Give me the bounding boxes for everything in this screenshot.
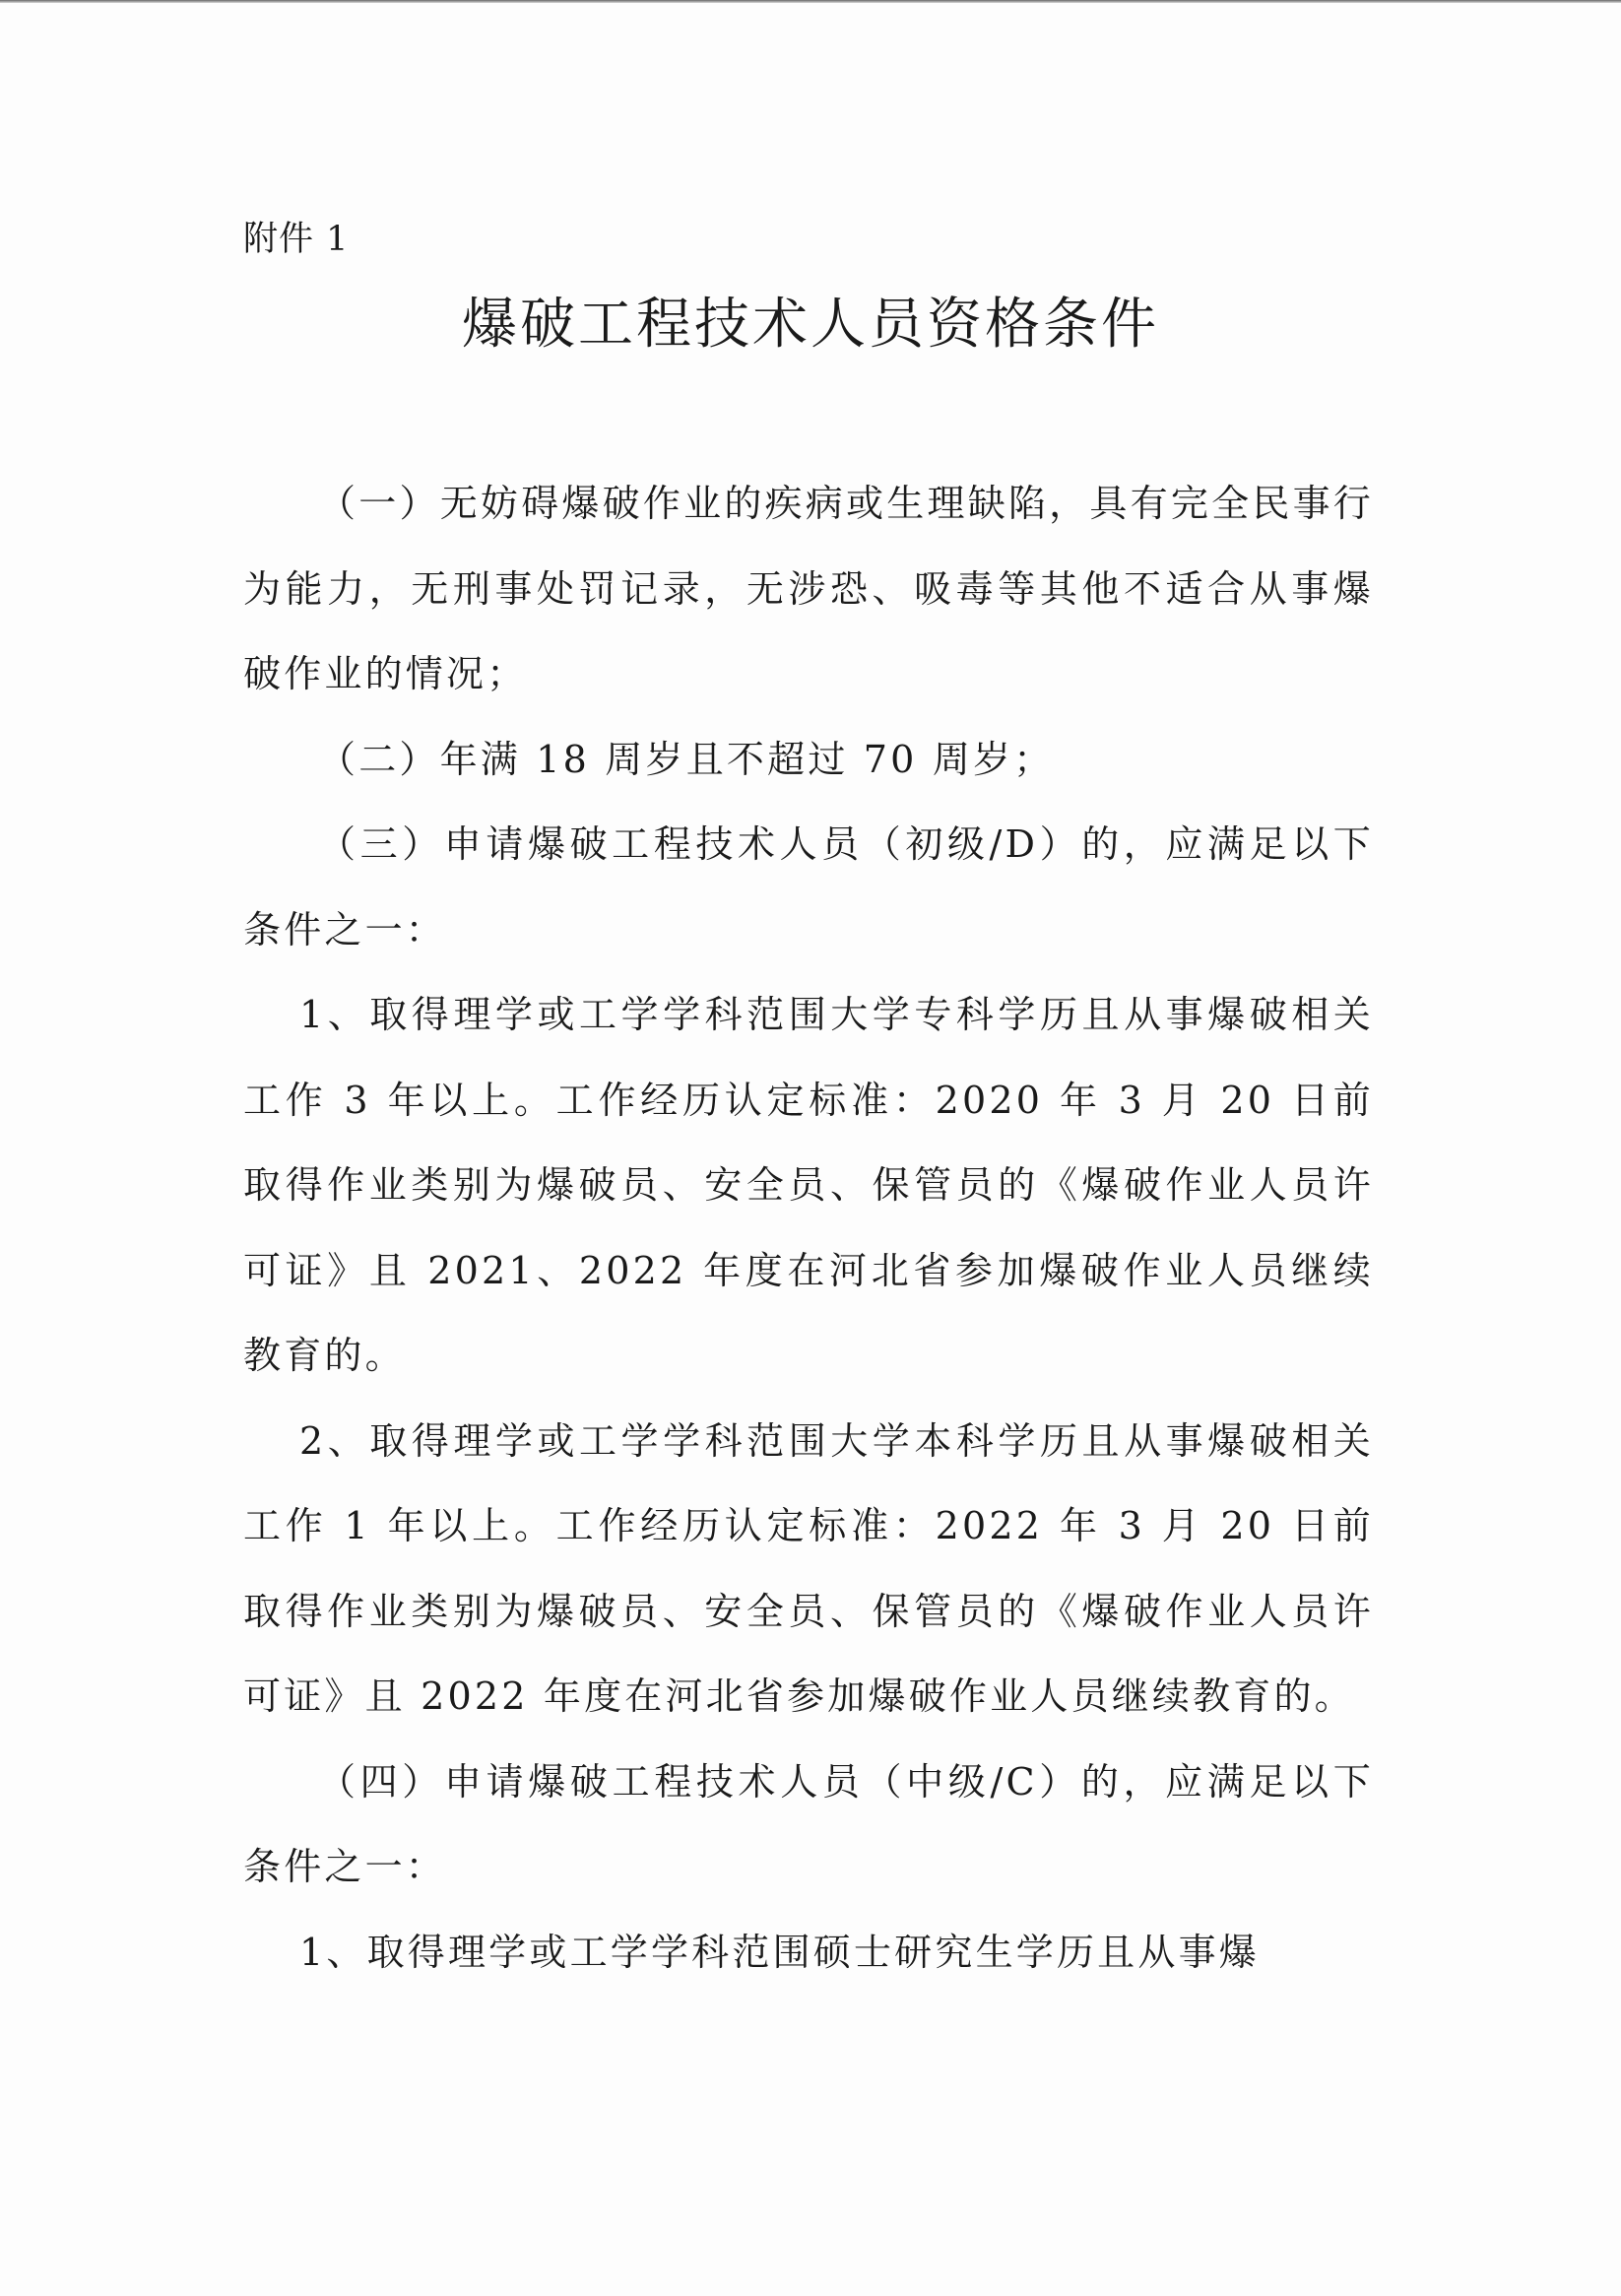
paragraph-condition-2: （二）年满 18 周岁且不超过 70 周岁； <box>243 717 1374 803</box>
document-title: 爆破工程技术人员资格条件 <box>462 286 1159 364</box>
document-body: （一）无妨碍爆破作业的疾病或生理缺陷，具有完全民事行为能力，无刑事处罚记录，无涉… <box>243 461 1374 1995</box>
paragraph-condition-4: （四）申请爆破工程技术人员（中级/C）的，应满足以下条件之一： <box>243 1739 1374 1910</box>
paragraph-condition-3-item-2: 2、取得理学或工学学科范围大学本科学历且从事爆破相关工作 1 年以上。工作经历认… <box>243 1399 1374 1739</box>
document-page: 附件 1 爆破工程技术人员资格条件 （一）无妨碍爆破作业的疾病或生理缺陷，具有完… <box>0 0 1621 2296</box>
paragraph-condition-3: （三）申请爆破工程技术人员（初级/D）的，应满足以下条件之一： <box>243 802 1374 972</box>
document-title-wrapper: 爆破工程技术人员资格条件 <box>0 286 1621 364</box>
paragraph-condition-3-item-1: 1、取得理学或工学学科范围大学专科学历且从事爆破相关工作 3 年以上。工作经历认… <box>243 972 1374 1399</box>
attachment-label: 附件 1 <box>243 215 349 264</box>
paragraph-condition-1: （一）无妨碍爆破作业的疾病或生理缺陷，具有完全民事行为能力，无刑事处罚记录，无涉… <box>243 461 1374 717</box>
paragraph-condition-4-item-1: 1、取得理学或工学学科范围硕士研究生学历且从事爆 <box>243 1910 1374 1996</box>
